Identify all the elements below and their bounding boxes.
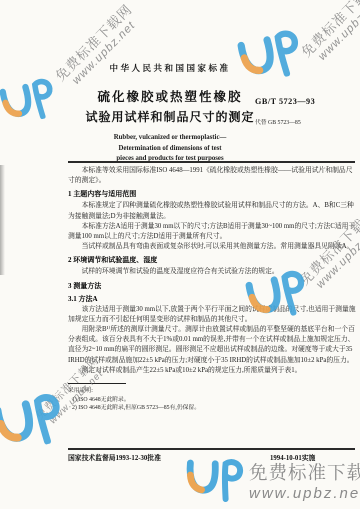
section-1-paragraph: 本标准方法A适用于测量30 mm以下的尺寸;方法B适用于测量30~100 mm的… [68, 222, 357, 242]
standard-number: GB/T 5723—93 [255, 97, 315, 106]
footnote-item: 1) ISO 4648无此附录。 [68, 396, 357, 405]
title-english: Rubber, vulcanized or thermoplastic— Det… [55, 133, 285, 165]
title-english-line2: Determination of dimensions of test [55, 144, 285, 155]
footnotes: 采用说明: 1) ISO 4648无此附录。 2) ISO 4648无此附录,但… [68, 383, 357, 413]
footnote-label: 采用说明: [68, 387, 357, 396]
section-1-paragraph: 当试样或制品具有弯曲表面或复杂形状时,可以采用其他测量方法。常用测量器具见附录A… [68, 242, 357, 252]
title-english-line3: pieces and products for test purposes [55, 154, 285, 165]
scan-artifact [0, 165, 5, 275]
upbz-logo-icon [0, 76, 60, 128]
footer-divider [68, 448, 355, 450]
watermark-banner: 免费标准下载网 www.upbz.net [184, 454, 360, 506]
upbz-logo-icon [184, 458, 244, 502]
section-1-paragraph: 本标准规定了四种测量硫化橡胶或热塑性橡胶试验用试样和制品尺寸的方法。A、B和C三… [68, 201, 357, 221]
approval-note: 国家技术监督局1993-12-30批准 [68, 452, 161, 462]
section-3-1-paragraph: 该方法适用于测量30 mm以下,放置于两个平行平面之间的试样或制品的尺寸,也适用… [68, 305, 357, 325]
watermark-site-url: www.upbz.net [249, 485, 360, 502]
upbz-logo-icon [0, 390, 69, 455]
watermark-site-name: 免费标准下载网 [249, 459, 360, 485]
header-divider [68, 161, 355, 163]
replaces-note: 代替 GB 5723—85 [255, 117, 315, 126]
watermark-banner-text: 免费标准下载网 www.upbz.net [249, 459, 360, 502]
standard-number-block: GB/T 5723—93 代替 GB 5723—85 [255, 97, 315, 126]
title-english-line1: Rubber, vulcanized or thermoplastic— [55, 133, 285, 144]
title-chinese-line2: 试验用试样和制品尺寸的测定 [55, 108, 285, 125]
intro-paragraph: 本标准等效采用国际标准ISO 4648—1991《硫化橡胶或热塑性橡胶——试验用… [68, 166, 357, 186]
section-1-heading: 1 主题内容与适用范围 [68, 189, 357, 199]
standard-document-page: 中华人民共和国国家标准 硫化橡胶或热塑性橡胶 试验用试样和制品尺寸的测定 Rub… [0, 0, 360, 509]
title-chinese-line1: 硫化橡胶或热塑性橡胶 [55, 87, 285, 105]
footnote-item: 2) ISO 4648无此附录,但原GB 5723—85有,仍保留。 [68, 404, 357, 413]
